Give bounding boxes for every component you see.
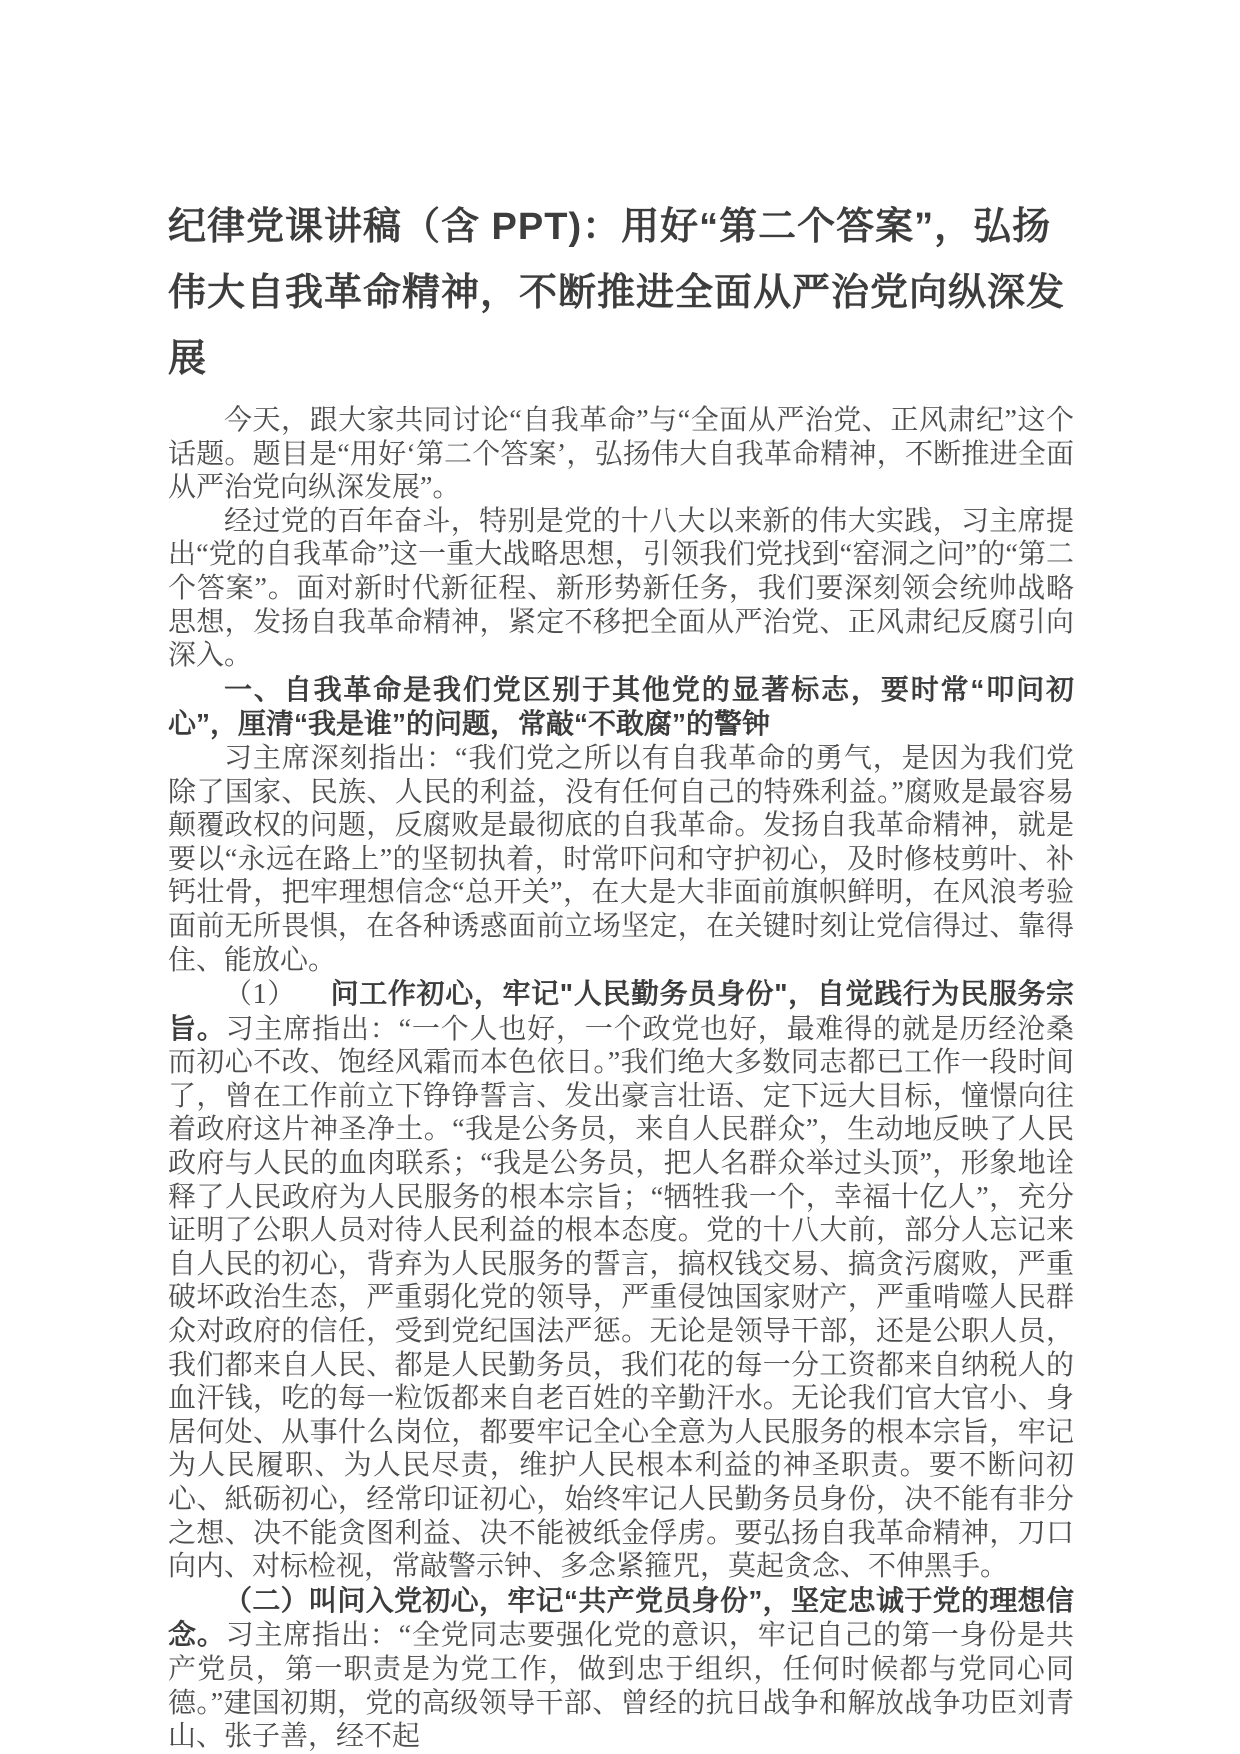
document-page: 纪律党课讲稿（含 PPT)：用好“第二个答案”，弘扬伟大自我革命精神，不断推进全… [0, 0, 1240, 1754]
text-run: 习主席深刻指出：“我们党之所以有自我革命的勇气，是因为我们党除了国家、民族、人民… [168, 743, 1074, 976]
paragraph: （1）问工作初心，牢记"人民勤务员身份"，自觉践行为民服务宗旨。习主席指出：“一… [168, 977, 1074, 1584]
text-run: 经过党的百年奋斗，特别是党的十八大以来新的伟大实践，习主席提出“党的自我革命”这… [168, 506, 1074, 671]
text-run: （1） [224, 979, 296, 1010]
text-run: 习主席指出：“全党同志要强化党的意识，牢记自己的第一身份是共产党员，第一职责是为… [168, 1620, 1074, 1752]
paragraph: 习主席深刻指出：“我们党之所以有自我革命的勇气，是因为我们党除了国家、民族、人民… [168, 742, 1074, 977]
text-run: 习主席指出：“一个人也好，一个政党也好，最难得的就是历经沧桑而初心不改、饱经风霜… [168, 1014, 1074, 1583]
section-heading: 一、自我革命是我们党区别于其他党的显著标志，要时常“叩问初心”，厘清“我是谁”的… [168, 673, 1074, 742]
paragraph: 今天，跟大家共同讨论“自我革命”与“全面从严治党、正风肃纪”这个话题。题目是“用… [168, 404, 1074, 505]
paragraph: 经过党的百年奋斗，特别是党的十八大以来新的伟大实践，习主席提出“党的自我革命”这… [168, 505, 1074, 673]
document-title: 纪律党课讲稿（含 PPT)：用好“第二个答案”，弘扬伟大自我革命精神，不断推进全… [168, 194, 1074, 392]
text-run: 今天，跟大家共同讨论“自我革命”与“全面从严治党、正风肃纪”这个话题。题目是“用… [168, 405, 1074, 503]
text-run: 一、自我革命是我们党区别于其他党的显著标志，要时常“叩问初心”，厘清“我是谁”的… [168, 674, 1074, 740]
document-body: 今天，跟大家共同讨论“自我革命”与“全面从严治党、正风肃纪”这个话题。题目是“用… [168, 404, 1074, 1754]
paragraph: （二）叫问入党初心，牢记“共产党员身份”，坚定忠诚于党的理想信念。习主席指出：“… [168, 1584, 1074, 1754]
